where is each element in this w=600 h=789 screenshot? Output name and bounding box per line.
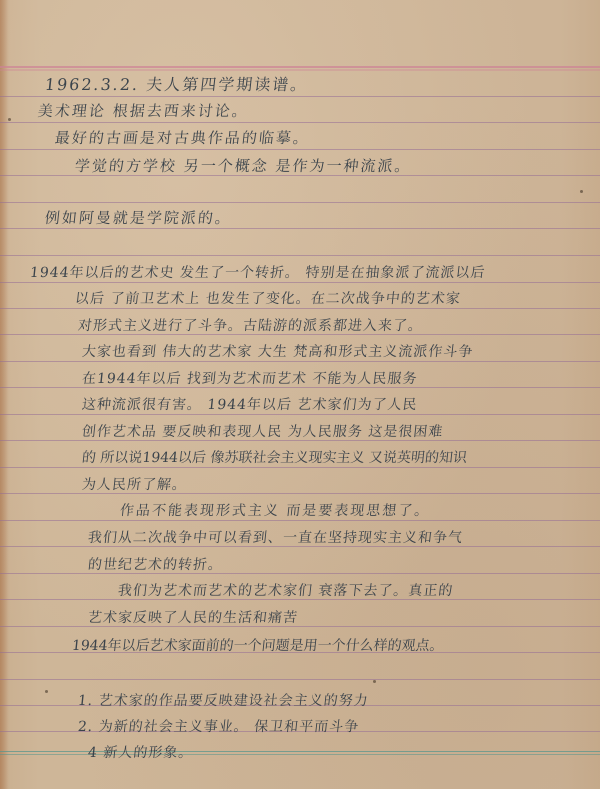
- entry-date-heading: 1962.3.2. 夫人第四学期读谱。: [44, 72, 310, 95]
- note-line: 例如阿曼就是学院派的。: [44, 207, 233, 228]
- ruled-line: [0, 122, 600, 123]
- note-line: 我们从二次战争中可以看到、一直在坚持现实主义和争气: [87, 527, 464, 547]
- note-line: 的 所以说1944以后 像苏联社会主义现实主义 又说英明的知识: [81, 447, 468, 467]
- note-line: 对形式主义进行了斗争。古陆游的派系都进入来了。: [77, 315, 424, 335]
- note-line: 最好的古画是对古典作品的临摹。: [54, 127, 311, 148]
- ruled-line: [0, 282, 600, 283]
- paper-speck: [580, 190, 583, 193]
- ruled-line: [0, 96, 600, 97]
- ruled-line: [0, 202, 600, 203]
- note-line: 1944年以后的艺术史 发生了一个转折。 特别是在抽象派了流派以后: [29, 262, 487, 282]
- note-line: 艺术家反映了人民的生活和痛苦: [87, 607, 299, 627]
- note-line: 这种流派很有害。 1944年以后 艺术家们为了人民: [81, 394, 419, 414]
- note-line: 创作艺术品 要反映和表现人民 为人民服务 这是很困难: [81, 421, 444, 441]
- list-item: 4 新人的形象。: [87, 742, 194, 762]
- list-item-number: 4: [87, 745, 99, 761]
- paper-speck: [8, 118, 11, 121]
- list-item-text: 艺术家的作品要反映建设社会主义的努力: [98, 693, 370, 709]
- ruled-line: [0, 308, 600, 309]
- list-item-text: 为新的社会主义事业。 保卫和平而斗争: [98, 719, 360, 735]
- paper-speck: [373, 680, 376, 683]
- note-line: 以后 了前卫艺术上 也发生了变化。在二次战争中的艺术家: [74, 288, 462, 308]
- list-item-number: 2.: [77, 719, 94, 735]
- ruled-line: [0, 228, 600, 229]
- ruled-line: [0, 467, 600, 468]
- note-line: 大家也看到 伟大的艺术家 大生 梵高和形式主义流派作斗争: [81, 341, 474, 361]
- note-line: 我们为艺术而艺术的艺术家们 衰落下去了。真正的: [117, 580, 455, 600]
- note-line: 为人民所了解。: [81, 474, 188, 494]
- note-line: 作品不能表现形式主义 而是要表现思想了。: [119, 500, 432, 520]
- list-item: 2. 为新的社会主义事业。 保卫和平而斗争: [77, 716, 360, 736]
- ruled-line: [0, 361, 600, 362]
- ruled-line: [0, 679, 600, 680]
- ruled-line: [0, 255, 600, 256]
- note-line: 美术理论 根据去西来讨论。: [37, 100, 250, 121]
- ruled-line: [0, 149, 600, 150]
- note-line: 的世纪艺术的转折。: [87, 554, 224, 574]
- paper-speck: [45, 690, 48, 693]
- top-margin-rule: [0, 66, 600, 68]
- binding-edge-shadow: [0, 0, 8, 789]
- list-item-number: 1.: [77, 693, 94, 709]
- note-line: 在1944年以后 找到为艺术而艺术 不能为人民服务: [81, 368, 419, 388]
- list-item: 1. 艺术家的作品要反映建设社会主义的努力: [77, 690, 370, 710]
- ruled-line: [0, 520, 600, 521]
- ruled-line: [0, 414, 600, 415]
- list-item-text: 新人的形象。: [102, 745, 194, 761]
- note-line: 1944年以后艺术家面前的一个问题是用一个什么样的观点。: [71, 635, 445, 655]
- notebook-page: 1962.3.2. 夫人第四学期读谱。 美术理论 根据去西来讨论。 最好的古画是…: [0, 0, 600, 789]
- note-line: 学觉的方学校 另一个概念 是作为一种流派。: [74, 155, 413, 176]
